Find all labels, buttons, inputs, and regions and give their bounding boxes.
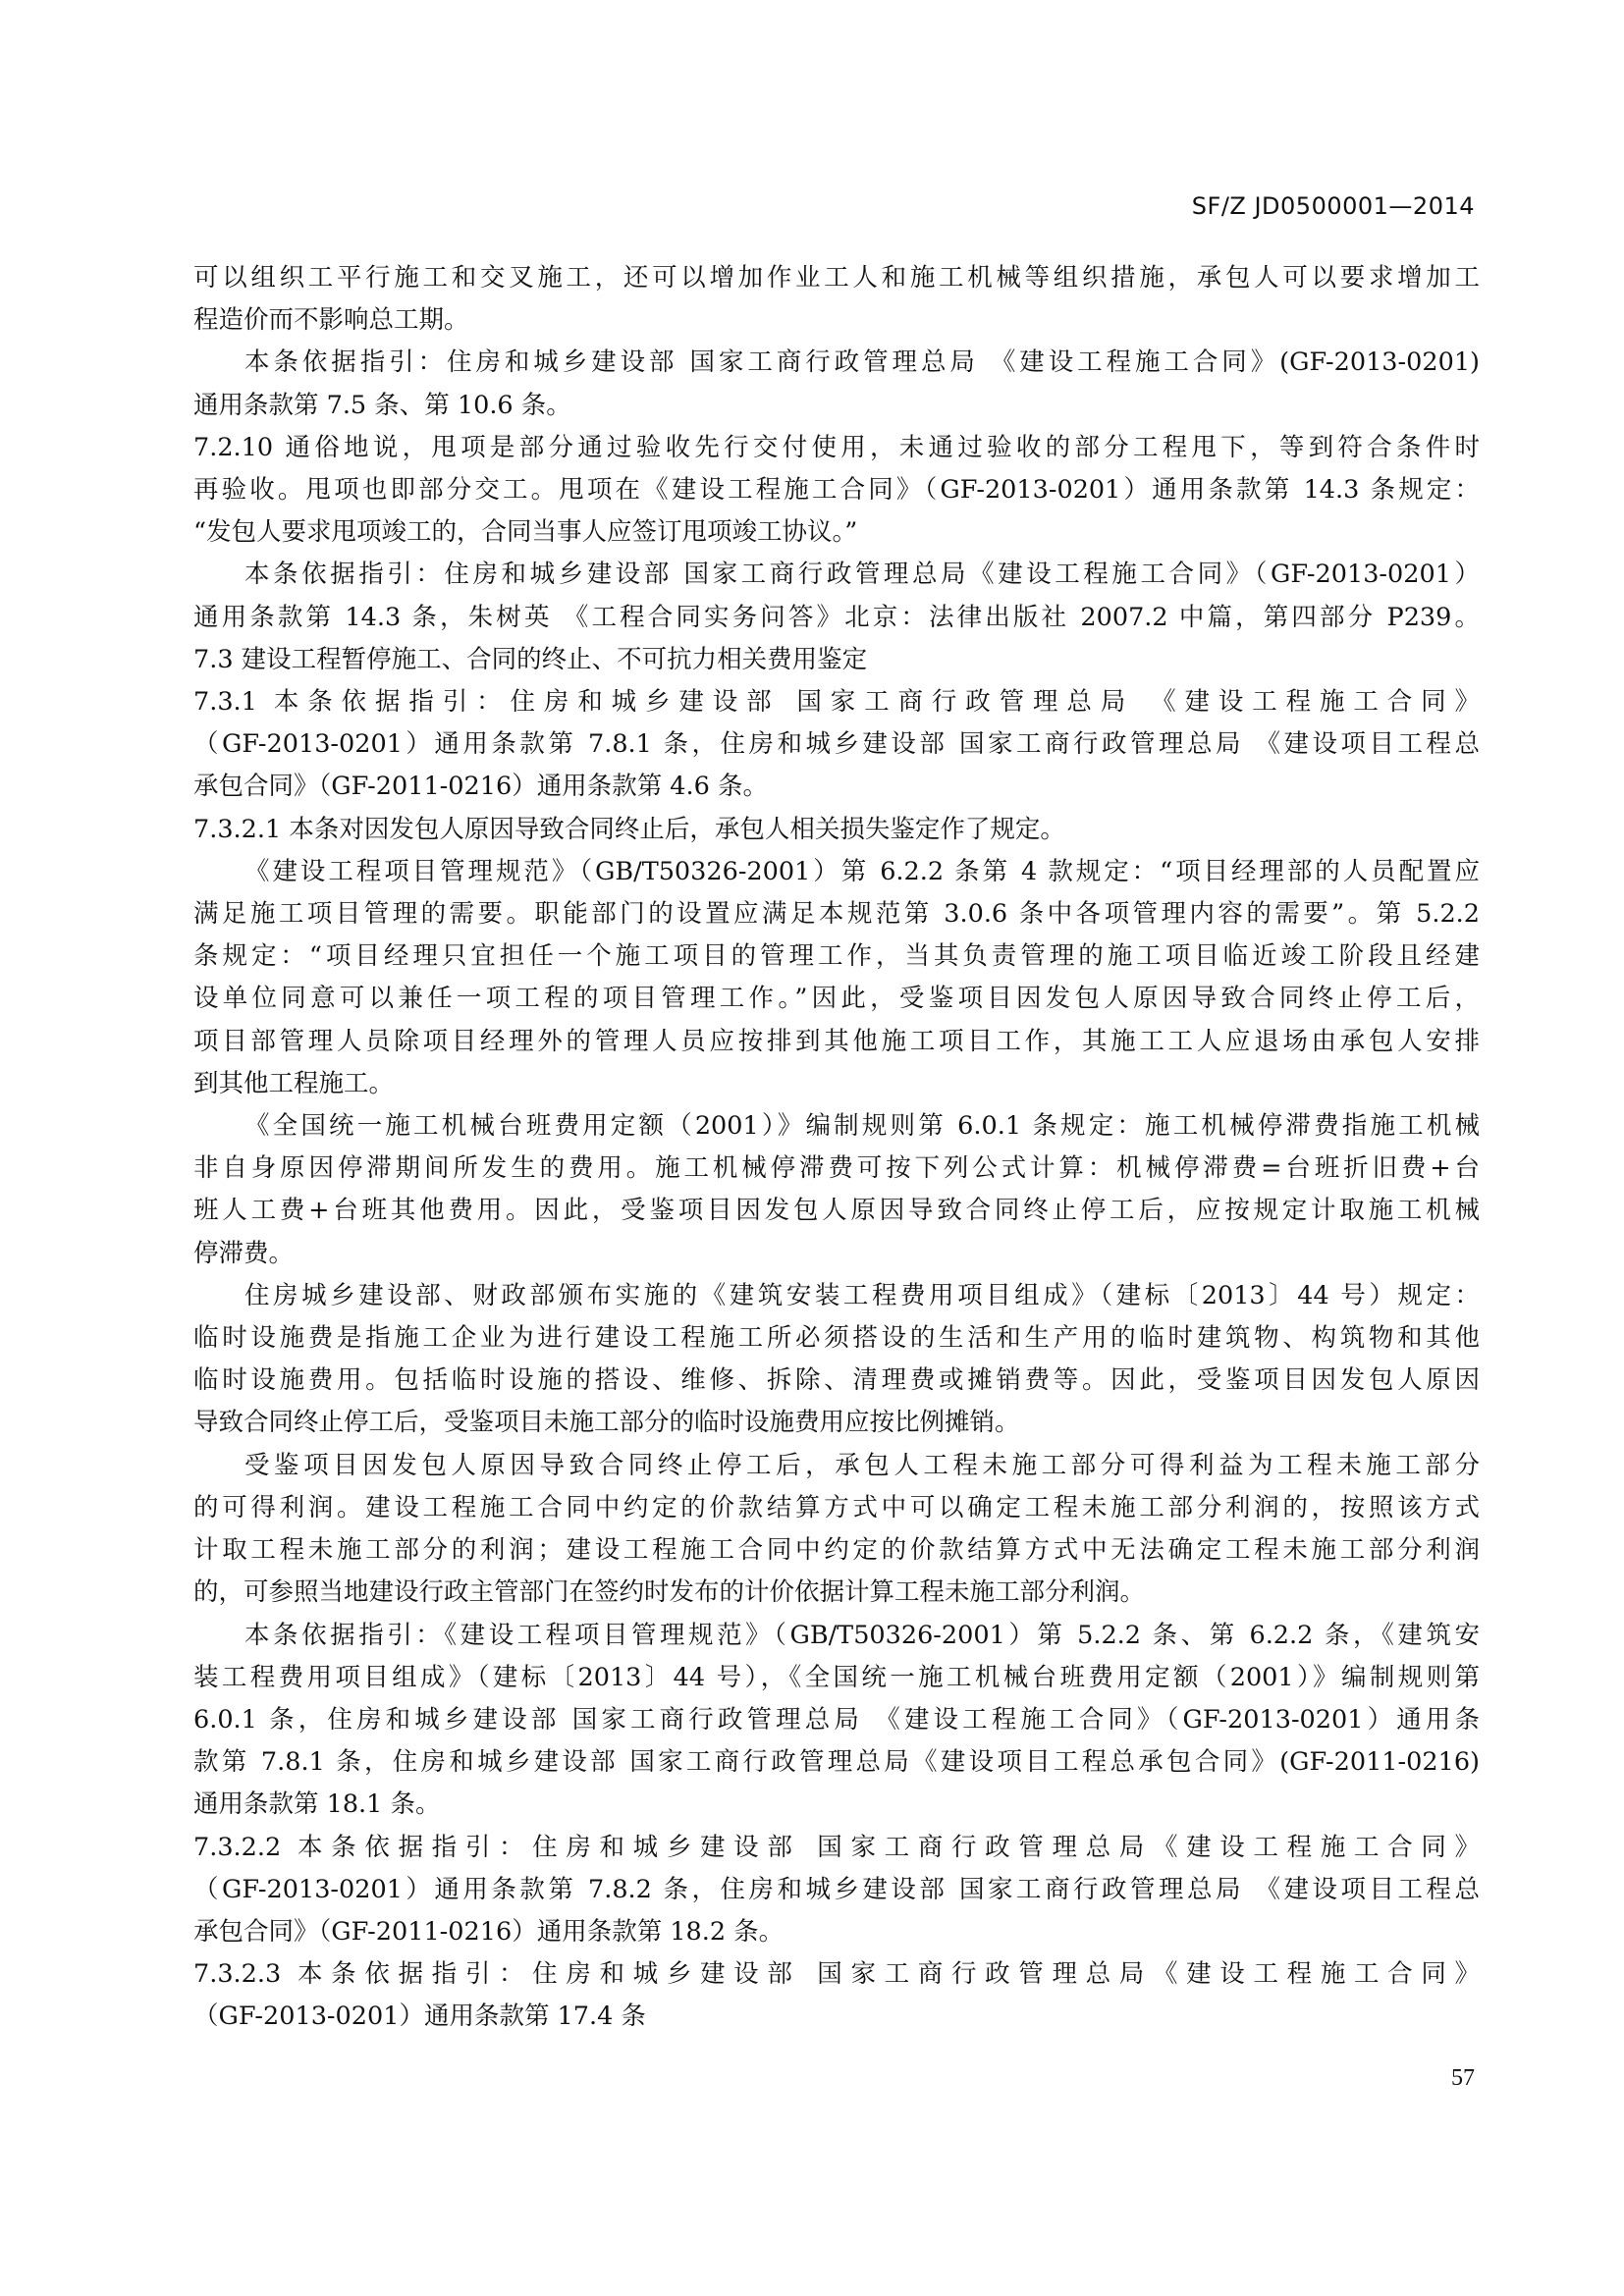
text-line: 7.3.2.1 本条对因发包人原因导致合同终止后，承包人相关损失鉴定作了规定。 [193, 809, 1480, 851]
text-line: 非自身原因停滞期间所发生的费用。施工机械停滞费可按下列公式计算：机械停滞费=台班… [193, 1148, 1480, 1190]
text-line: 导致合同终止停工后，受鉴项目未施工部分的临时设施费用应按比例摊销。 [193, 1402, 1480, 1444]
text-line: 本条依据指引：《建设工程项目管理规范》（GB/T50326-2001）第 5.2… [193, 1615, 1480, 1657]
text-line: 可以组织工平行施工和交叉施工，还可以增加作业工人和施工机械等组织措施，承包人可以… [193, 257, 1480, 299]
text-line: （GF-2013-0201）通用条款第 7.8.2 条，住房和城乡建设部 国家工… [193, 1869, 1480, 1911]
text-line: 临时设施费用。包括临时设施的搭设、维修、拆除、清理费或摊销费等。因此，受鉴项目因… [193, 1360, 1480, 1402]
text-line: 7.3.1 本条依据指引：住房和城乡建设部 国家工商行政管理总局 《建设工程施工… [193, 681, 1480, 723]
text-line: 本条依据指引：住房和城乡建设部 国家工商行政管理总局《建设工程施工合同》（GF-… [193, 554, 1480, 596]
text-line: 程造价而不影响总工期。 [193, 299, 1480, 342]
text-line: 到其他工程施工。 [193, 1063, 1480, 1105]
page-number: 57 [1451, 2065, 1475, 2092]
text-line: 停滞费。 [193, 1233, 1480, 1275]
text-line: 满足施工项目管理的需要。职能部门的设置应满足本规范第 3.0.6 条中各项管理内… [193, 893, 1480, 935]
text-line: 本条依据指引：住房和城乡建设部 国家工商行政管理总局 《建设工程施工合同》(GF… [193, 342, 1480, 384]
text-line: 7.2.10 通俗地说，甩项是部分通过验收先行交付使用，未通过验收的部分工程甩下… [193, 427, 1480, 469]
standard-code-header: SF/Z JD0500001—2014 [1192, 192, 1475, 220]
text-line: 通用条款第 18.1 条。 [193, 1784, 1480, 1826]
text-line: 通用条款第 14.3 条，朱树英 《工程合同实务问答》北京：法律出版社 2007… [193, 597, 1480, 639]
body-text: 可以组织工平行施工和交叉施工，还可以增加作业工人和施工机械等组织措施，承包人可以… [193, 257, 1480, 2039]
text-line: 住房城乡建设部、财政部颁布实施的《建筑安装工程费用项目组成》（建标〔2013〕4… [193, 1275, 1480, 1317]
text-line: 承包合同》（GF-2011-0216）通用条款第 4.6 条。 [193, 766, 1480, 808]
text-line: 再验收。甩项也即部分交工。甩项在《建设工程施工合同》（GF-2013-0201）… [193, 469, 1480, 511]
text-line: 7.3.2.2 本条依据指引：住房和城乡建设部 国家工商行政管理总局《建设工程施… [193, 1827, 1480, 1869]
text-line: 的可得利润。建设工程施工合同中约定的价款结算方式中可以确定工程未施工部分利润的，… [193, 1487, 1480, 1529]
text-line: 的，可参照当地建设行政主管部门在签约时发布的计价依据计算工程未施工部分利润。 [193, 1572, 1480, 1614]
text-line: 班人工费+台班其他费用。因此，受鉴项目因发包人原因导致合同终止停工后，应按规定计… [193, 1190, 1480, 1232]
text-line: 7.3.2.3 本条依据指引：住房和城乡建设部 国家工商行政管理总局《建设工程施… [193, 1953, 1480, 1996]
text-line: 《全国统一施工机械台班费用定额（2001）》编制规则第 6.0.1 条规定：施工… [193, 1105, 1480, 1148]
document-page: SF/Z JD0500001—2014 可以组织工平行施工和交叉施工，还可以增加… [0, 0, 1624, 2296]
text-line: 6.0.1 条，住房和城乡建设部 国家工商行政管理总局 《建设工程施工合同》（G… [193, 1699, 1480, 1741]
text-line: 受鉴项目因发包人原因导致合同终止停工后，承包人工程未施工部分可得利益为工程未施工… [193, 1445, 1480, 1487]
text-line: 7.3 建设工程暂停施工、合同的终止、不可抗力相关费用鉴定 [193, 639, 1480, 681]
text-line: （GF-2013-0201）通用条款第 7.8.1 条，住房和城乡建设部 国家工… [193, 723, 1480, 766]
text-line: 临时设施费是指施工企业为进行建设工程施工所必须搭设的生活和生产用的临时建筑物、构… [193, 1317, 1480, 1360]
text-line: 通用条款第 7.5 条、第 10.6 条。 [193, 385, 1480, 427]
text-line: “发包人要求甩项竣工的，合同当事人应签订甩项竣工协议。” [193, 511, 1480, 554]
text-line: 计取工程未施工部分的利润；建设工程施工合同中约定的价款结算方式中无法确定工程未施… [193, 1529, 1480, 1572]
text-line: 款第 7.8.1 条，住房和城乡建设部 国家工商行政管理总局《建设项目工程总承包… [193, 1741, 1480, 1784]
text-line: （GF-2013-0201）通用条款第 17.4 条 [193, 1996, 1480, 2038]
text-line: 承包合同》（GF-2011-0216）通用条款第 18.2 条。 [193, 1911, 1480, 1953]
text-line: 条规定：“项目经理只宜担任一个施工项目的管理工作，当其负责管理的施工项目临近竣工… [193, 935, 1480, 978]
text-line: 设单位同意可以兼任一项工程的项目管理工作。”因此，受鉴项目因发包人原因导致合同终… [193, 978, 1480, 1020]
text-line: 装工程费用项目组成》（建标〔2013〕44 号），《全国统一施工机械台班费用定额… [193, 1657, 1480, 1699]
text-line: 《建设工程项目管理规范》（GB/T50326-2001）第 6.2.2 条第 4… [193, 851, 1480, 893]
text-line: 项目部管理人员除项目经理外的管理人员应按排到其他施工项目工作，其施工工人应退场由… [193, 1021, 1480, 1063]
